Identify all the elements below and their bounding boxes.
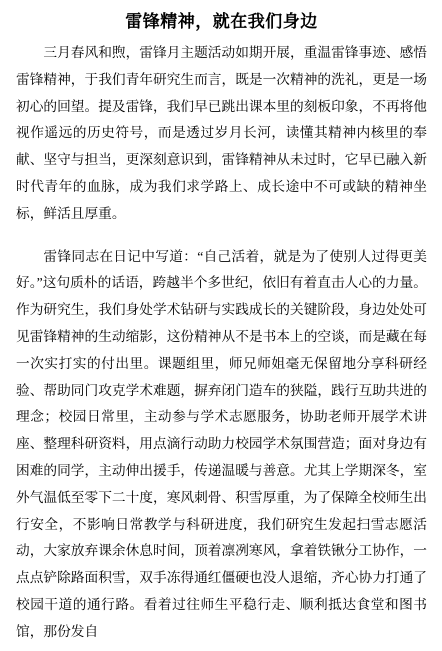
paragraph-intro: 三月春风和煦，雷锋月主题活动如期开展，重温雷锋事迹、感悟雷锋精神，于我们青年研究… xyxy=(16,40,427,228)
document-title: 雷锋精神，就在我们身边 xyxy=(16,10,427,34)
paragraph-body: 雷锋同志在日记中写道：“自己活着，就是为了使别人过得更美好。”这句质朴的话语，跨… xyxy=(16,244,427,646)
document-page: 雷锋精神，就在我们身边 三月春风和煦，雷锋月主题活动如期开展，重温雷锋事迹、感悟… xyxy=(0,0,442,651)
